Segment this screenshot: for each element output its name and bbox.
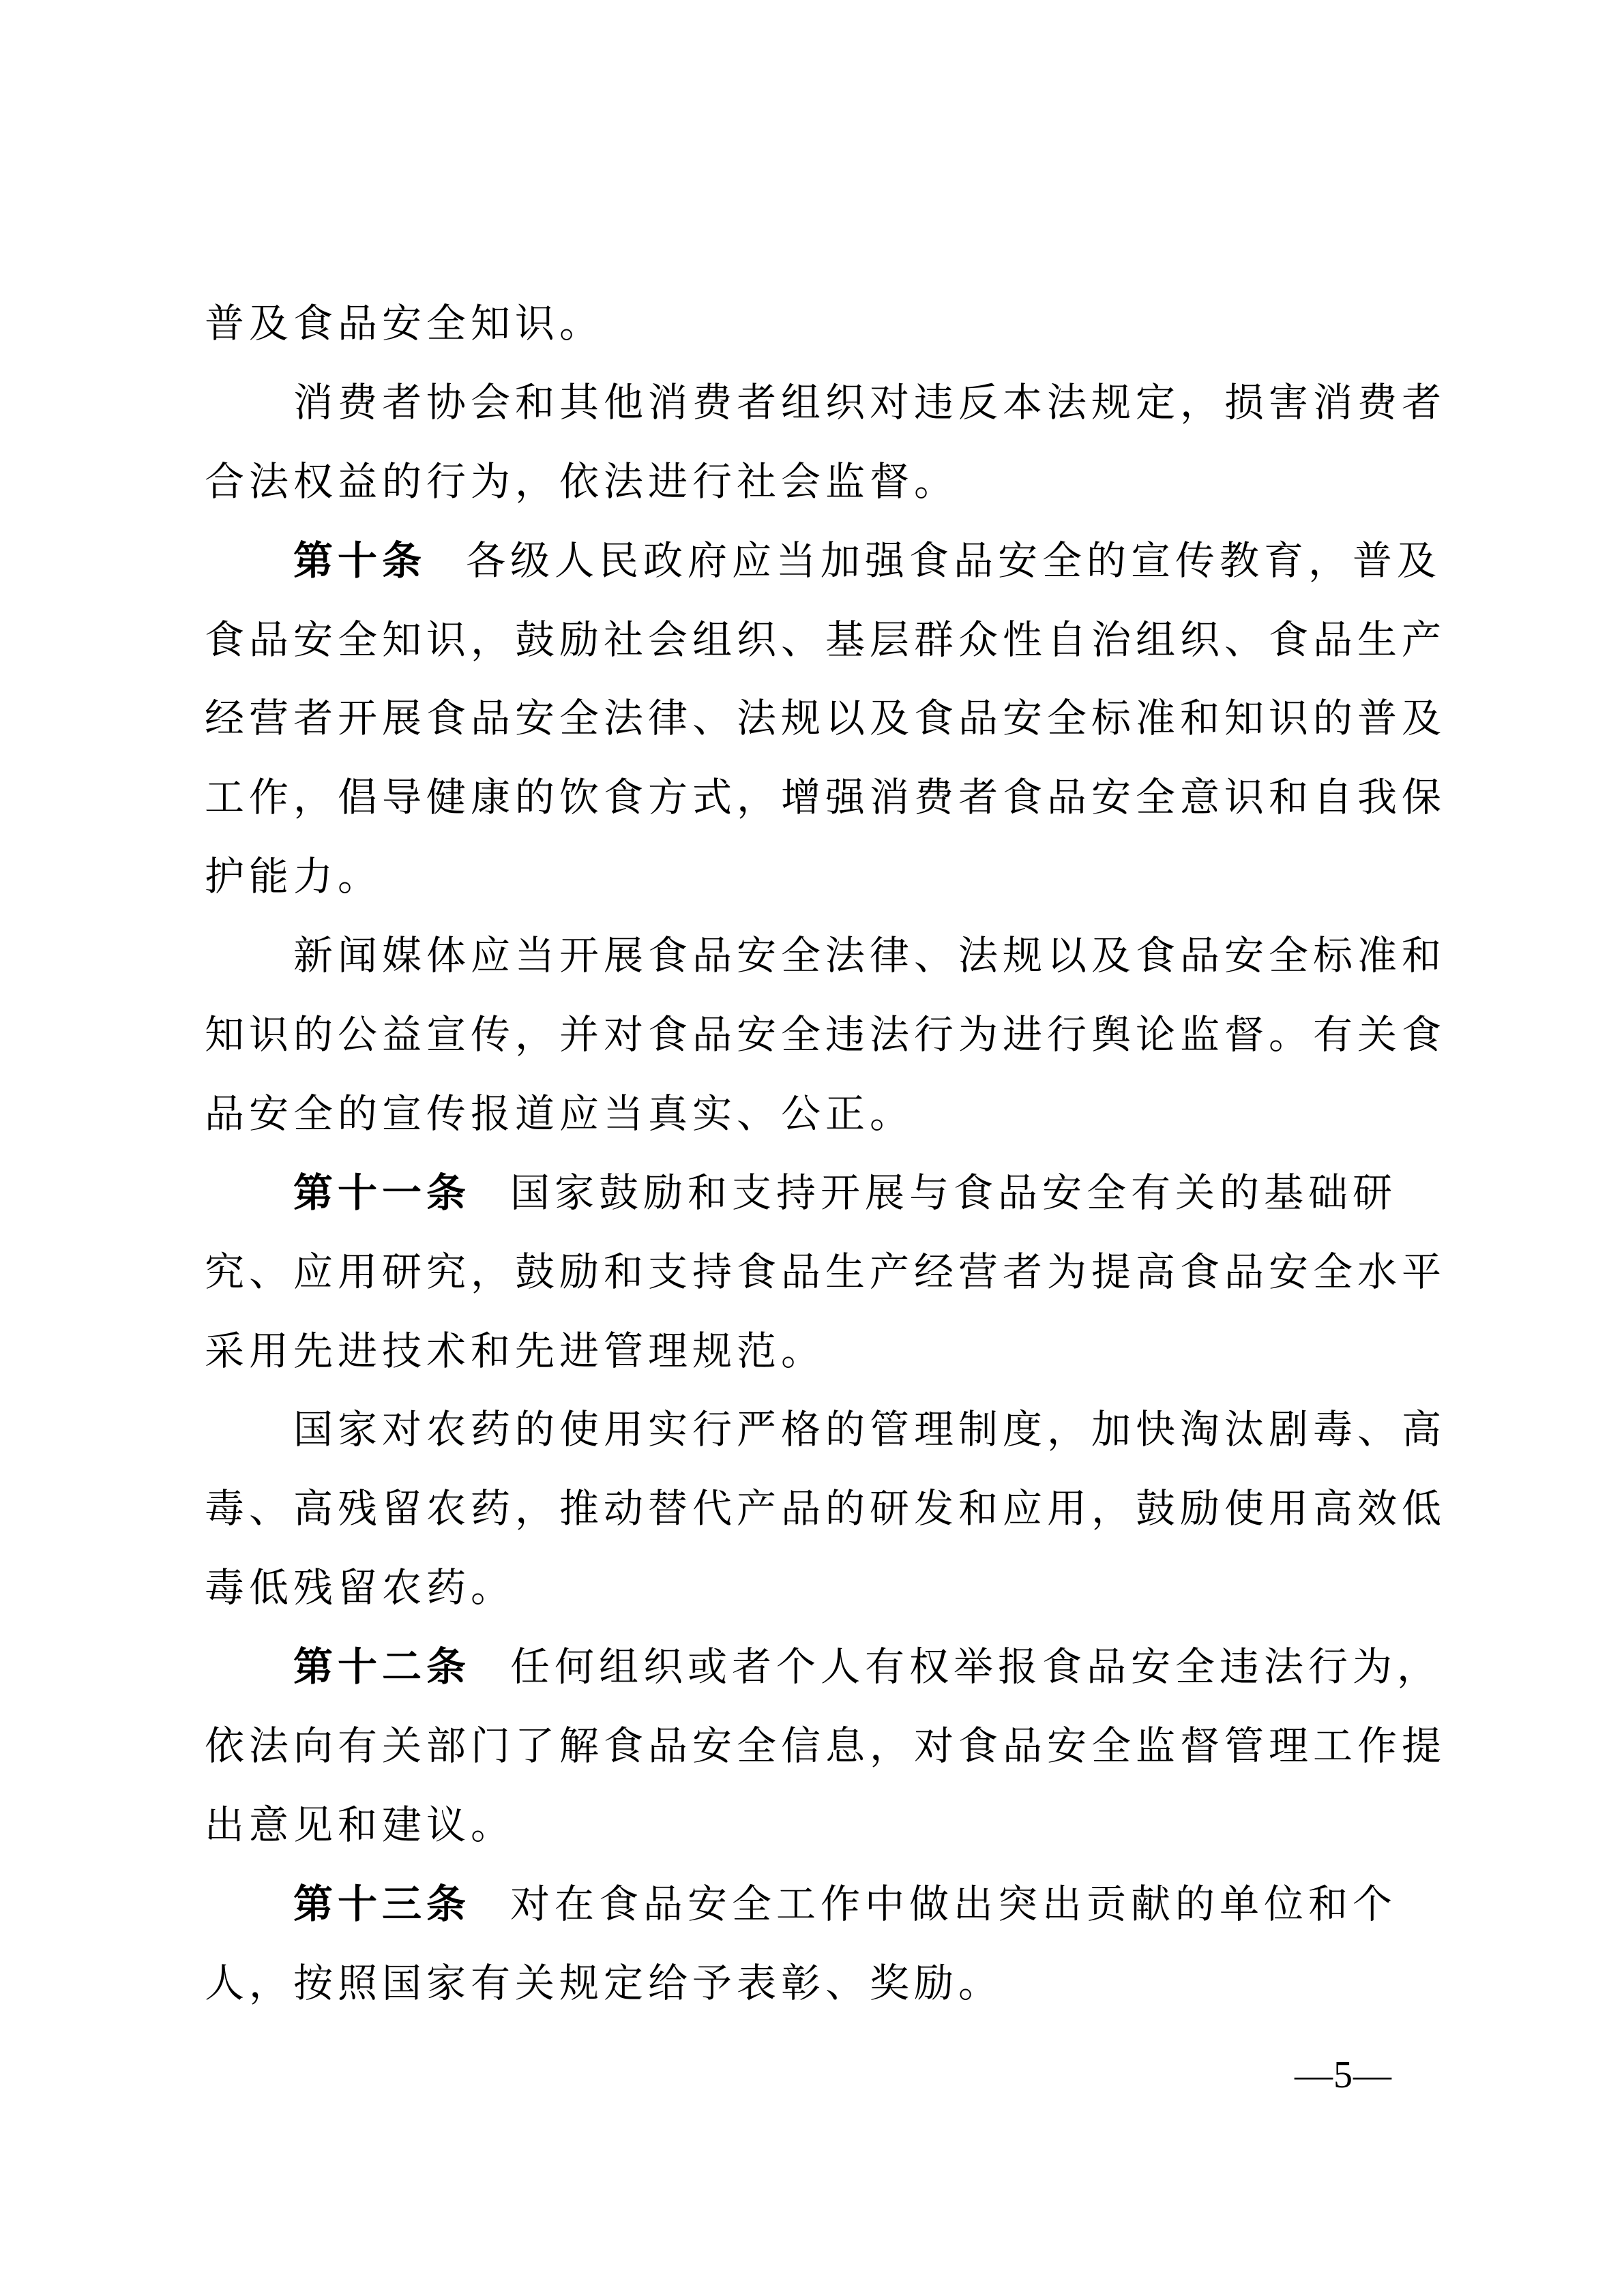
line-text: 任何组织或者个人有权举报食品安全违法行为， (510, 1645, 1441, 1689)
text-line: 采用先进技术和先进管理规范。 (205, 1312, 1460, 1391)
line-text: 毒、高残留农药，推动替代产品的研发和应用，鼓励使用高效低 (205, 1487, 1446, 1531)
article-number: 第十条 (293, 539, 426, 583)
line-text: 采用先进技术和先进管理规范。 (205, 1329, 825, 1373)
text-line: 普及食品安全知识。 (205, 284, 1460, 363)
text-line: 毒、高残留农药，推动替代产品的研发和应用，鼓励使用高效低 (205, 1470, 1460, 1549)
text-line: 护能力。 (205, 837, 1460, 916)
line-text: 品安全的宣传报道应当真实、公正。 (205, 1092, 914, 1136)
line-text: 出意见和建议。 (205, 1803, 515, 1847)
line-text: 人，按照国家有关规定给予表彰、奖励。 (205, 1961, 1003, 2006)
line-text: 经营者开展食品安全法律、法规以及食品安全标准和知识的普及 (205, 696, 1446, 741)
article-number: 第十二条 (293, 1645, 471, 1689)
text-line: 出意见和建议。 (205, 1786, 1460, 1865)
text-line: 依法向有关部门了解食品安全信息，对食品安全监督管理工作提 (205, 1707, 1460, 1786)
text-line: 消费者协会和其他消费者组织对违反本法规定，损害消费者 (205, 363, 1460, 443)
text-line: 究、应用研究，鼓励和支持食品生产经营者为提高食品安全水平 (205, 1233, 1460, 1312)
text-line: 经营者开展食品安全法律、法规以及食品安全标准和知识的普及 (205, 679, 1460, 758)
page-number: —5— (1295, 2051, 1392, 2099)
text-line: 人，按照国家有关规定给予表彰、奖励。 (205, 1944, 1460, 2023)
line-text: 国家对农药的使用实行严格的管理制度，加快淘汰剧毒、高 (293, 1407, 1446, 1452)
line-text: 国家鼓励和支持开展与食品安全有关的基础研 (510, 1171, 1397, 1215)
line-text: 依法向有关部门了解食品安全信息，对食品安全监督管理工作提 (205, 1724, 1446, 1768)
line-text: 毒低残留农药。 (205, 1566, 515, 1610)
line-text: 消费者协会和其他消费者组织对违反本法规定，损害消费者 (293, 381, 1446, 425)
text-line: 新闻媒体应当开展食品安全法律、法规以及食品安全标准和 (205, 916, 1460, 996)
line-text: 工作，倡导健康的饮食方式，增强消费者食品安全意识和自我保 (205, 775, 1446, 820)
line-text: 合法权益的行为，依法进行社会监督。 (205, 460, 958, 504)
text-line: 第十条各级人民政府应当加强食品安全的宣传教育，普及 (205, 522, 1460, 601)
text-line: 食品安全知识，鼓励社会组织、基层群众性自治组织、食品生产 (205, 601, 1460, 680)
text-line: 第十一条国家鼓励和支持开展与食品安全有关的基础研 (205, 1154, 1460, 1233)
line-text: 新闻媒体应当开展食品安全法律、法规以及食品安全标准和 (293, 934, 1446, 978)
line-text: 对在食品安全工作中做出突出贡献的单位和个 (510, 1882, 1397, 1926)
article-number: 第十一条 (293, 1171, 471, 1215)
text-line: 合法权益的行为，依法进行社会监督。 (205, 443, 1460, 522)
text-line: 毒低残留农药。 (205, 1549, 1460, 1628)
line-text: 知识的公益宣传，并对食品安全违法行为进行舆论监督。有关食 (205, 1013, 1446, 1057)
text-line: 品安全的宣传报道应当真实、公正。 (205, 1075, 1460, 1154)
text-line: 第十三条对在食品安全工作中做出突出贡献的单位和个 (205, 1865, 1460, 1944)
line-text: 护能力。 (205, 854, 382, 899)
line-text: 各级人民政府应当加强食品安全的宣传教育，普及 (466, 539, 1441, 583)
document-body: 普及食品安全知识。 消费者协会和其他消费者组织对违反本法规定，损害消费者 合法权… (205, 284, 1460, 2023)
document-page: 普及食品安全知识。 消费者协会和其他消费者组织对违反本法规定，损害消费者 合法权… (0, 0, 1624, 2296)
article-number: 第十三条 (293, 1882, 471, 1926)
line-text: 食品安全知识，鼓励社会组织、基层群众性自治组织、食品生产 (205, 618, 1446, 662)
line-text: 普及食品安全知识。 (205, 301, 604, 346)
text-line: 第十二条任何组织或者个人有权举报食品安全违法行为， (205, 1628, 1460, 1707)
text-line: 国家对农药的使用实行严格的管理制度，加快淘汰剧毒、高 (205, 1390, 1460, 1470)
line-text: 究、应用研究，鼓励和支持食品生产经营者为提高食品安全水平 (205, 1250, 1446, 1294)
text-line: 工作，倡导健康的饮食方式，增强消费者食品安全意识和自我保 (205, 758, 1460, 837)
text-line: 知识的公益宣传，并对食品安全违法行为进行舆论监督。有关食 (205, 996, 1460, 1075)
